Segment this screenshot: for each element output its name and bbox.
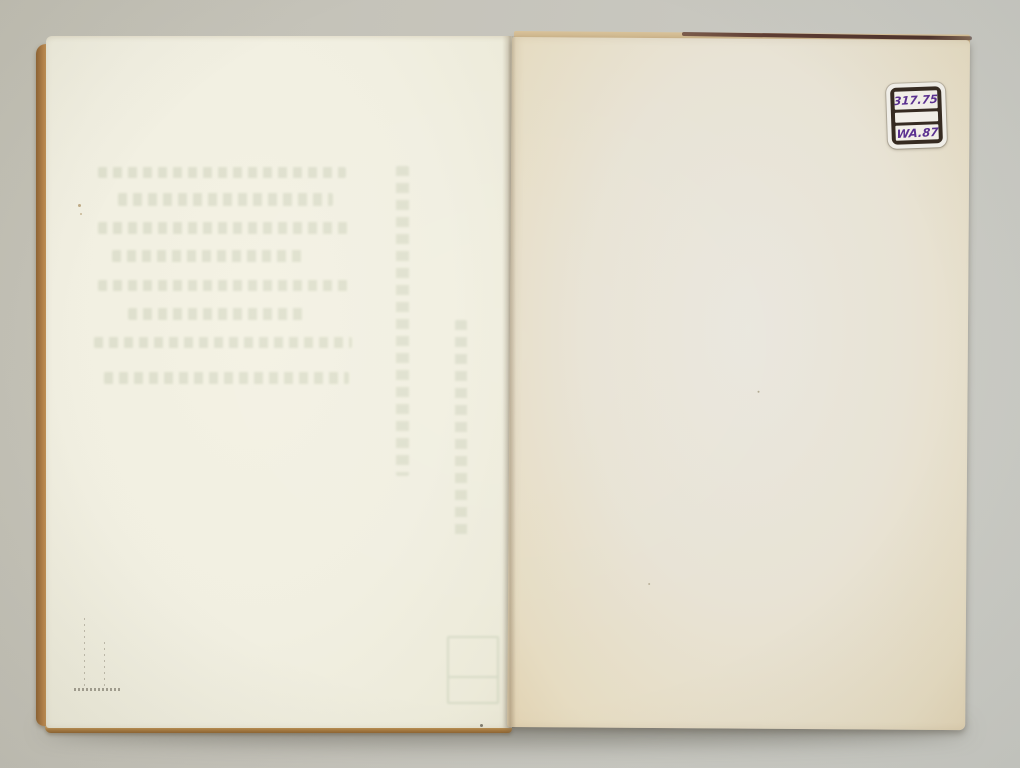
paper-speck	[78, 204, 81, 207]
paper-speck	[80, 213, 82, 215]
left-page	[46, 36, 512, 728]
photo-backdrop: 317.75 WA.87	[0, 0, 1020, 768]
label-cell-top: 317.75	[894, 90, 938, 110]
fold-mark	[104, 642, 105, 690]
paper-speck	[480, 724, 483, 727]
call-number-bottom: WA.87	[896, 125, 939, 141]
label-cell-middle-empty	[895, 112, 938, 124]
ghost-showthrough-text	[46, 36, 512, 728]
paper-speck	[758, 391, 760, 393]
fold-mark	[84, 618, 85, 690]
library-call-number-label: 317.75 WA.87	[886, 82, 947, 149]
label-cell-bottom: WA.87	[895, 125, 938, 141]
small-printed-note	[74, 688, 122, 691]
paper-speck	[648, 583, 650, 585]
ghost-stamp	[447, 636, 499, 704]
call-number-top: 317.75	[894, 92, 938, 108]
label-frame: 317.75 WA.87	[890, 86, 943, 145]
